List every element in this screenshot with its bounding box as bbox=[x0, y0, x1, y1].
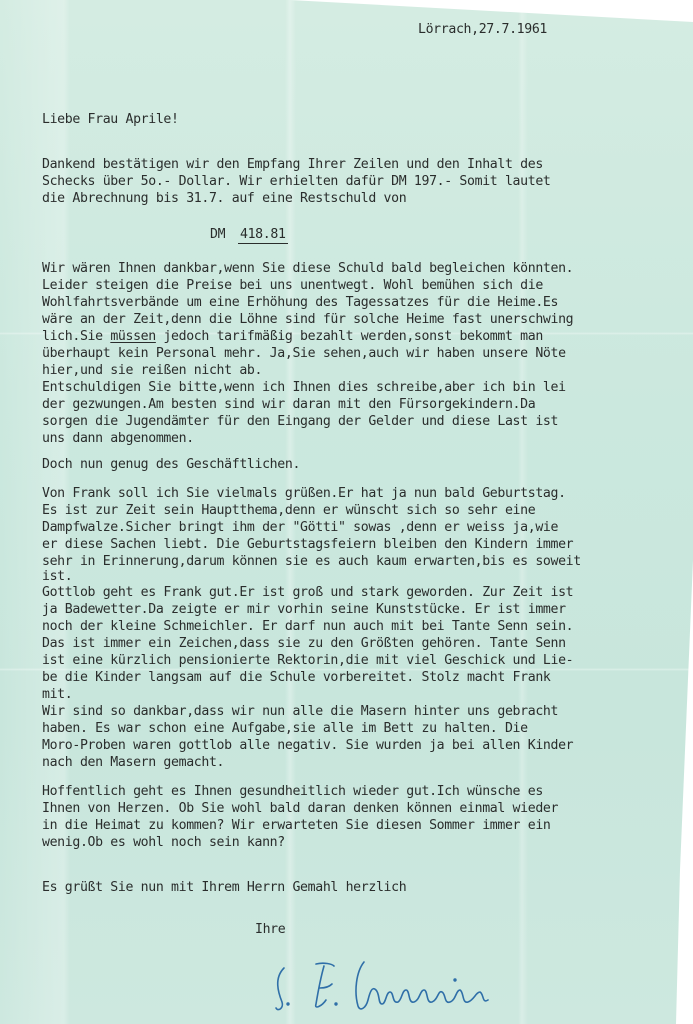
text-line: Doch nun genug des Geschäftlichen. bbox=[42, 457, 300, 472]
text-line: wenig.Ob es wohl noch sein kann? bbox=[42, 835, 285, 850]
text-line: Dampfwalze.Sicher bringt ihm der "Götti"… bbox=[42, 520, 558, 535]
text-line: ja Badewetter.Da zeigte er mir vorhin se… bbox=[42, 602, 566, 617]
amount-currency: DM bbox=[210, 227, 225, 242]
text-line-emphasis: lich.Sie müssen jedoch tarifmäßig bezahl… bbox=[42, 329, 543, 344]
paragraph-health: Hoffentlich geht es Ihnen gesundheitlich… bbox=[42, 784, 72, 874]
text-line: Wohlfahrtsverbände um eine Erhöhung des … bbox=[42, 295, 558, 310]
text-line: Wir wären Ihnen dankbar,wenn Sie diese S… bbox=[42, 261, 573, 276]
text-line: noch der kleine Schmeichler. Er darf nun… bbox=[42, 619, 573, 634]
text-line: ist. bbox=[42, 569, 72, 584]
text-line: Von Frank soll ich Sie vielmals grüßen.E… bbox=[42, 486, 566, 501]
text-line: Schecks über 5o.- Dollar. Wir erhielten … bbox=[42, 174, 551, 189]
text-line: Dankend bestätigen wir den Empfang Ihrer… bbox=[42, 157, 543, 172]
text-line: ist eine kürzlich pensionierte Rektorin,… bbox=[42, 653, 573, 668]
text-fragment: lich.Sie bbox=[42, 329, 110, 344]
paragraph-receipt: Dankend bestätigen wir den Empfang Ihrer… bbox=[42, 157, 72, 232]
complimentary-close: Ihre bbox=[255, 922, 285, 937]
text-line: Wir sind so dankbar,dass wir nun alle di… bbox=[42, 704, 558, 719]
text-line: wäre an der Zeit,denn die Löhne sind für… bbox=[42, 312, 573, 327]
text-line: Moro-Proben waren gottlob alle negativ. … bbox=[42, 738, 573, 753]
paragraph-debt: Wir wären Ihnen dankbar,wenn Sie diese S… bbox=[42, 261, 72, 456]
text-line: sehr in Erinnerung,darum können sie es a… bbox=[42, 554, 581, 569]
text-line: überhaupt kein Personal mehr. Ja,Sie seh… bbox=[42, 346, 566, 361]
text-line: Gottlob geht es Frank gut.Er ist groß un… bbox=[42, 585, 573, 600]
text-line: mit. bbox=[42, 687, 72, 702]
text-line: Ihnen von Herzen. Ob Sie wohl bald daran… bbox=[42, 801, 558, 816]
text-line: Das ist immer ein Zeichen,dass sie zu de… bbox=[42, 636, 566, 651]
text-line: be die Kinder langsam auf die Schule vor… bbox=[42, 670, 551, 685]
text-line: hier,und sie reißen nicht ab. bbox=[42, 363, 262, 378]
text-line: die Abrechnung bis 31.7. auf eine Restsc… bbox=[42, 191, 406, 206]
place-date: Lörrach,27.7.1961 bbox=[418, 22, 547, 37]
letter-page: Lörrach,27.7.1961 Liebe Frau Aprile! Dan… bbox=[0, 0, 693, 1024]
text-line: Entschuldigen Sie bitte,wenn ich Ihnen d… bbox=[42, 380, 566, 395]
salutation: Liebe Frau Aprile! bbox=[42, 112, 179, 127]
text-line: Hoffentlich geht es Ihnen gesundheitlich… bbox=[42, 784, 543, 799]
text-line: Es ist zur Zeit sein Hauptthema,denn er … bbox=[42, 503, 535, 518]
text-line: sorgen die Jugendämter für den Eingang d… bbox=[42, 414, 558, 429]
text-line: uns dann abgenommen. bbox=[42, 431, 194, 446]
closing-line: Es grüßt Sie nun mit Ihrem Herrn Gemahl … bbox=[42, 880, 406, 895]
text-line: nach den Masern gemacht. bbox=[42, 755, 224, 770]
amount-value: 418.81 bbox=[238, 227, 288, 244]
text-line: der gezwungen.Am besten sind wir daran m… bbox=[42, 397, 535, 412]
text-fragment: jedoch tarifmäßig bezahlt werden,sonst b… bbox=[156, 329, 543, 344]
underlined-word: müssen bbox=[110, 329, 156, 344]
text-line: in die Heimat zu kommen? Wir erwarteten … bbox=[42, 818, 551, 833]
text-line: er diese Sachen liebt. Die Geburtstagsfe… bbox=[42, 537, 573, 552]
text-line: Leider steigen die Preise bei uns unentw… bbox=[42, 278, 543, 293]
paragraph-frank: Von Frank soll ich Sie vielmals grüßen.E… bbox=[42, 486, 72, 771]
text-line: haben. Es war schon eine Aufgabe,sie all… bbox=[42, 721, 528, 736]
signature-icon bbox=[272, 958, 592, 1018]
